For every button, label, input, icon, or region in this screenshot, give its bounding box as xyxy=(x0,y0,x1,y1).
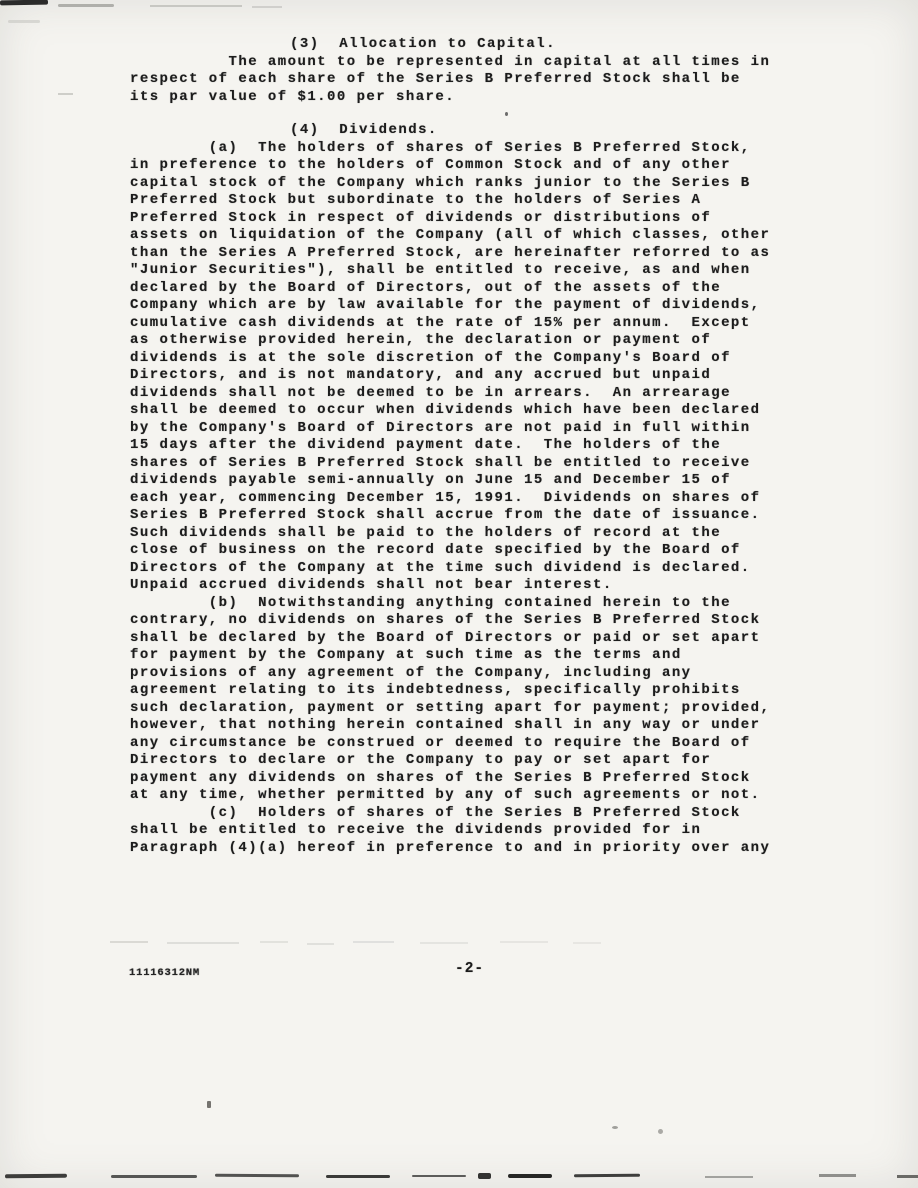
scan-artifact xyxy=(819,1174,856,1177)
scan-artifact xyxy=(0,0,48,5)
scan-artifact xyxy=(420,942,468,944)
scan-artifact xyxy=(167,942,239,944)
paragraph-dividends-b: (b) Notwithstanding anything contained h… xyxy=(130,595,850,805)
scan-artifact xyxy=(508,1174,552,1178)
scan-artifact xyxy=(353,941,394,943)
document-body: (3) Allocation to Capital. The amount to… xyxy=(130,30,850,857)
scan-artifact xyxy=(326,1175,390,1178)
scan-artifact xyxy=(412,1175,466,1177)
scan-artifact xyxy=(215,1174,299,1178)
scan-artifact xyxy=(573,942,601,944)
scan-artifact xyxy=(150,5,242,7)
section-heading-dividends: (4) Dividends. xyxy=(290,122,850,140)
paragraph-allocation-to-capital: The amount to be represented in capital … xyxy=(130,54,850,107)
section-heading-allocation-to-capital: (3) Allocation to Capital. xyxy=(290,36,850,54)
scan-artifact xyxy=(897,1175,918,1178)
scan-artifact xyxy=(307,943,334,945)
paragraph-dividends-c: (c) Holders of shares of the Series B Pr… xyxy=(130,805,850,858)
scan-artifact xyxy=(658,1129,663,1134)
scan-artifact xyxy=(612,1126,618,1129)
scan-artifact xyxy=(252,6,282,8)
scan-artifact xyxy=(110,941,148,943)
paragraph-dividends-a: (a) The holders of shares of Series B Pr… xyxy=(130,140,850,595)
scan-artifact xyxy=(478,1173,491,1179)
document-control-number: 11116312NM xyxy=(129,967,200,979)
scan-artifact xyxy=(207,1101,211,1108)
scanned-document-page: (3) Allocation to Capital. The amount to… xyxy=(0,0,918,1188)
scan-artifact xyxy=(705,1176,753,1178)
scan-artifact xyxy=(58,93,73,95)
page-number: -2- xyxy=(455,961,484,977)
scan-artifact xyxy=(111,1175,197,1178)
scan-artifact xyxy=(500,941,548,943)
scan-artifact xyxy=(5,1174,67,1179)
scan-artifact xyxy=(58,4,114,7)
scan-artifact xyxy=(8,20,40,23)
scan-artifact xyxy=(574,1174,640,1177)
scan-artifact xyxy=(260,941,288,943)
